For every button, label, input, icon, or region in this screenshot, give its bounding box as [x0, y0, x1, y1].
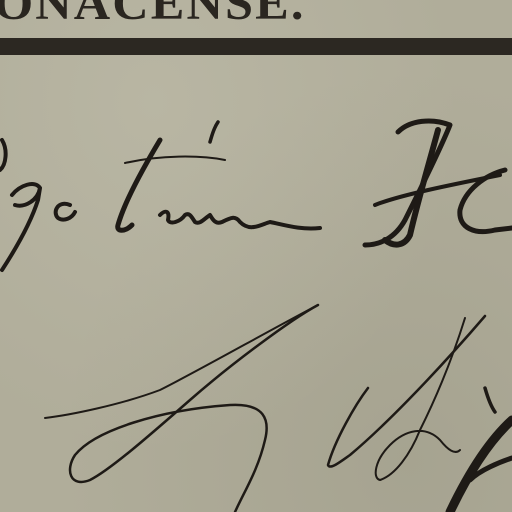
- handwritten-signature: [45, 305, 512, 512]
- handwritten-word-getien: [0, 122, 320, 270]
- handwriting: [0, 0, 512, 512]
- handwritten-letters-ac: [365, 121, 512, 245]
